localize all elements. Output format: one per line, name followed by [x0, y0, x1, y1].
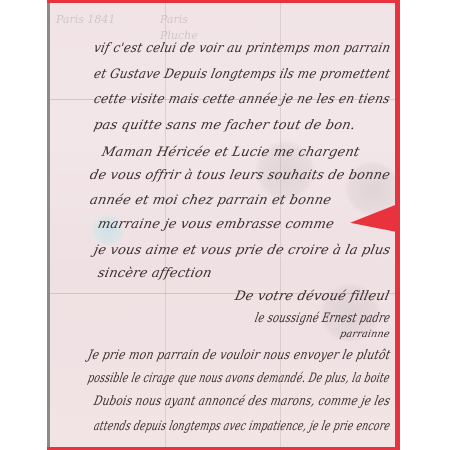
signature-line: le soussigné Ernest padre	[253, 311, 391, 326]
corner-postmark: Paris 1841	[56, 13, 115, 26]
postscript-line: Je prie mon parrain de vouloir nous envo…	[86, 348, 391, 363]
scan-edge-shadow	[47, 3, 50, 447]
corner-postmark: Paris	[160, 13, 188, 26]
signature-note: parrainne	[339, 329, 391, 340]
postscript-line: attends depuis longtemps avec impatience…	[92, 419, 391, 434]
postscript-line: Dubois nous ayant annoncé des marons, co…	[92, 394, 391, 409]
letter-line: de vous offrir à tous leurs souhaits de …	[88, 168, 391, 183]
letter-line: pas quitte sans me facher tout de bon.	[92, 118, 356, 133]
letter-page: Paris 1841 Paris Pluche vif c'est celui …	[50, 3, 395, 447]
postscript-line: possible le cirage que nous avons demand…	[86, 371, 391, 386]
letter-line: vif c'est celui de voir au printemps mon…	[92, 41, 391, 56]
letter-line: cette visite mais cette année je ne les …	[92, 92, 391, 107]
letter-line: marraine je vous embrasse comme	[96, 217, 335, 232]
letter-line: année et moi chez parrain et bonne	[88, 193, 332, 208]
closing-line: De votre dévoué filleul	[233, 289, 390, 304]
letter-line: sincère affection	[96, 266, 213, 281]
letter-line: Maman Héricée et Lucie me chargent	[100, 145, 361, 160]
letter-line: je vous aime et vous prie de croire à la…	[92, 243, 391, 258]
letter-line: et Gustave Depuis longtemps ils me prome…	[92, 67, 391, 82]
